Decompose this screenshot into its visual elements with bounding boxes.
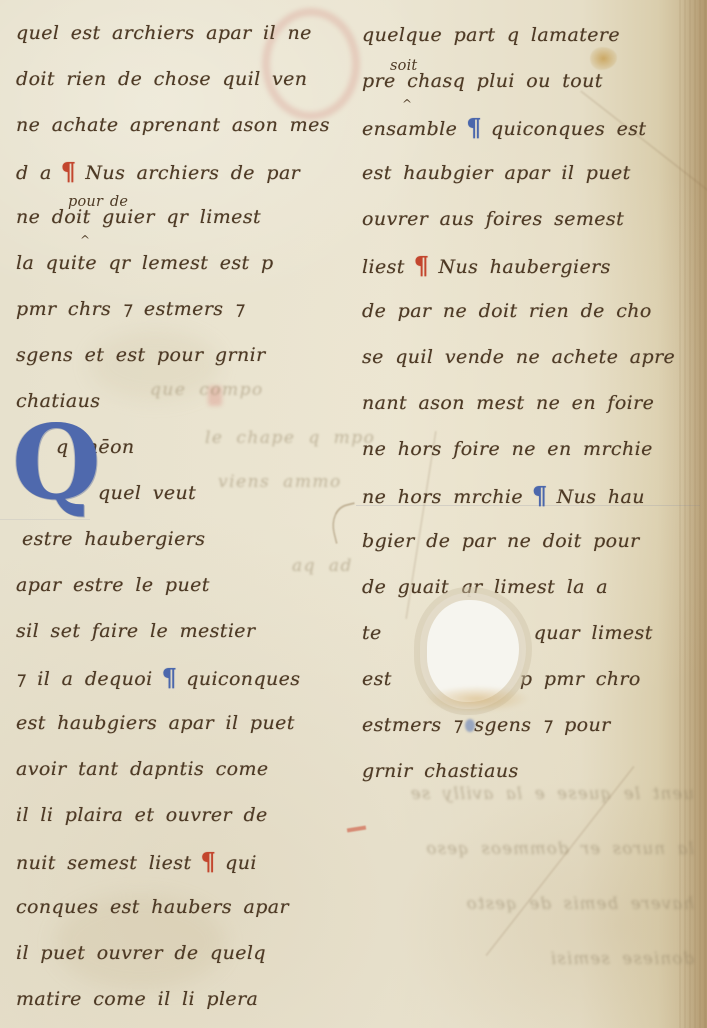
line-text: te (362, 622, 382, 644)
manuscript-line: il puet ouvrer de quelq (16, 936, 356, 982)
line-text: quelque part q lamatere (362, 24, 620, 46)
showthrough-line: doniese semisi (372, 949, 694, 1004)
line-text: de guait qr limest la a (362, 576, 608, 598)
manuscript-line: la quite qr lemest est p (16, 246, 356, 292)
showthrough-line: havere bemis de qesto (372, 894, 694, 949)
line-text: est haubgiers apar il puet (16, 712, 295, 734)
line-text: quar limest (534, 622, 653, 644)
line-text: se quil vende ne achete apre (362, 346, 675, 368)
interlinear-insertion: pour de (68, 185, 128, 219)
line-text: apar estre le puet (16, 574, 210, 596)
line-text: liest (362, 256, 405, 278)
line-text: avoir tant dapntis come (16, 758, 269, 780)
manuscript-line: il li plaira et ouvrer de (16, 798, 356, 844)
pilcrow-mark-red: ¶ (192, 847, 226, 876)
manuscript-line: estre haubergiers (16, 522, 356, 568)
manuscript-line: quel est archiers apar il ne (16, 16, 356, 62)
manuscript-line: ouvrer aus foires semest (362, 202, 702, 248)
line-text: il li plaira et ouvrer de (16, 804, 268, 826)
line-text: conques est haubers apar (16, 896, 289, 918)
hole-rim-stain (425, 686, 529, 712)
line-text: il puet ouvrer de quelq (16, 942, 266, 964)
pilcrow-mark-red: ¶ (405, 251, 439, 280)
line-text: ⁊ il a dequoi (16, 668, 153, 690)
line-text: quiconques (186, 668, 300, 690)
manuscript-line: liest¶Nus haubergiers (362, 248, 702, 294)
text-column-right: quelque part q lamateresoit^pre chasq pl… (362, 18, 702, 800)
manuscript-line: ne hors foire ne en mrchie (362, 432, 702, 478)
line-text: quel est archiers apar il ne (16, 22, 312, 44)
line-text: ne doit guier qr limest (16, 206, 261, 228)
line-text: estmers ⁊ sgens ⁊ pour (362, 714, 611, 736)
line-text: ne hors foire ne en mrchie (362, 438, 653, 460)
line-text: sgens et est pour grnir (16, 344, 266, 366)
manuscript-page: que compole chape q mpoviens ammoaq ad u… (0, 0, 707, 1028)
pilcrow-mark-blue: ¶ (153, 663, 187, 692)
manuscript-line: apar estre le puet (16, 568, 356, 614)
manuscript-line: nant ason mest ne en foire (362, 386, 702, 432)
manuscript-line: matire come il li plera (16, 982, 356, 1028)
line-text: bgier de par ne doit pour (362, 530, 640, 552)
manuscript-line: doit rien de chose quil ven (16, 62, 356, 108)
line-text: de par ne doit rien de cho (362, 300, 652, 322)
page-edge-shadow (679, 0, 707, 1028)
showthrough-line: la nuros er dommeos qeso (372, 839, 694, 894)
line-text: quiconques est (491, 118, 646, 140)
manuscript-line: pmr chrs ⁊ estmers ⁊ (16, 292, 356, 338)
manuscript-line: ne achate aprenant ason mes (16, 108, 356, 154)
manuscript-line: ne hors mrchie¶Nus hau (362, 478, 702, 524)
line-text: est (362, 668, 392, 690)
manuscript-line: tequar limest (362, 616, 702, 662)
line-text: matire come il li plera (16, 988, 258, 1010)
line-text: grnir chastiaus (362, 760, 519, 782)
manuscript-line: pour de^ne doit guier qr limest (16, 200, 356, 246)
manuscript-line: est haubgier apar il puet (362, 156, 702, 202)
line-text: doit rien de chose quil ven (16, 68, 307, 90)
line-text: estre haubergiers (22, 528, 205, 550)
manuscript-line: grnir chastiaus (362, 754, 702, 800)
pilcrow-mark-red: ¶ (52, 157, 86, 186)
manuscript-line: ensamble¶quiconques est (362, 110, 702, 156)
blue-ink-smudge (465, 719, 475, 732)
line-text: sil set faire le mestier (16, 620, 255, 642)
line-text: qui (225, 852, 257, 874)
line-text: ouvrer aus foires semest (362, 208, 624, 230)
line-text: nant ason mest ne en foire (362, 392, 654, 414)
line-text: Nus archiers de par (85, 162, 300, 184)
line-text: quel veut (98, 482, 196, 504)
manuscript-line: bgier de par ne doit pour (362, 524, 702, 570)
line-text: p pmr chro (520, 668, 641, 690)
line-text: ne achate aprenant ason mes (16, 114, 330, 136)
pilcrow-mark-blue: ¶ (457, 113, 491, 142)
pilcrow-mark-blue: ¶ (523, 481, 557, 510)
manuscript-line: de guait qr limest la a (362, 570, 702, 616)
line-text: ensamble (362, 118, 457, 140)
manuscript-line: se quil vende ne achete apre (362, 340, 702, 386)
manuscript-line: sil set faire le mestier (16, 614, 356, 660)
manuscript-line: estp pmr chro (362, 662, 702, 708)
manuscript-line: de par ne doit rien de cho (362, 294, 702, 340)
interlinear-insertion: soit (390, 49, 417, 83)
manuscript-line: conques est haubers apar (16, 890, 356, 936)
manuscript-line: ⁊ il a dequoi¶quiconques (16, 660, 356, 706)
line-text: pmr chrs ⁊ estmers ⁊ (16, 298, 245, 320)
line-text: Nus haubergiers (438, 256, 610, 278)
manuscript-line: est haubgiers apar il puet (16, 706, 356, 752)
line-text: est haubgier apar il puet (362, 162, 631, 184)
manuscript-line: soit^pre chasq plui ou tout (362, 64, 702, 110)
manuscript-line: estmers ⁊ sgens ⁊ pour (362, 708, 702, 754)
manuscript-line: sgens et est pour grnir (16, 338, 356, 384)
line-text: d a (16, 162, 52, 184)
line-text: ne hors mrchie (362, 486, 523, 508)
manuscript-line: avoir tant dapntis come (16, 752, 356, 798)
line-text: la quite qr lemest est p (16, 252, 274, 274)
line-text: Nus hau (557, 486, 645, 508)
illuminated-initial-q: Q (12, 414, 101, 512)
manuscript-line: d a¶Nus archiers de par (16, 154, 356, 200)
line-text: nuit semest liest (16, 852, 192, 874)
manuscript-line: nuit semest liest¶qui (16, 844, 356, 890)
